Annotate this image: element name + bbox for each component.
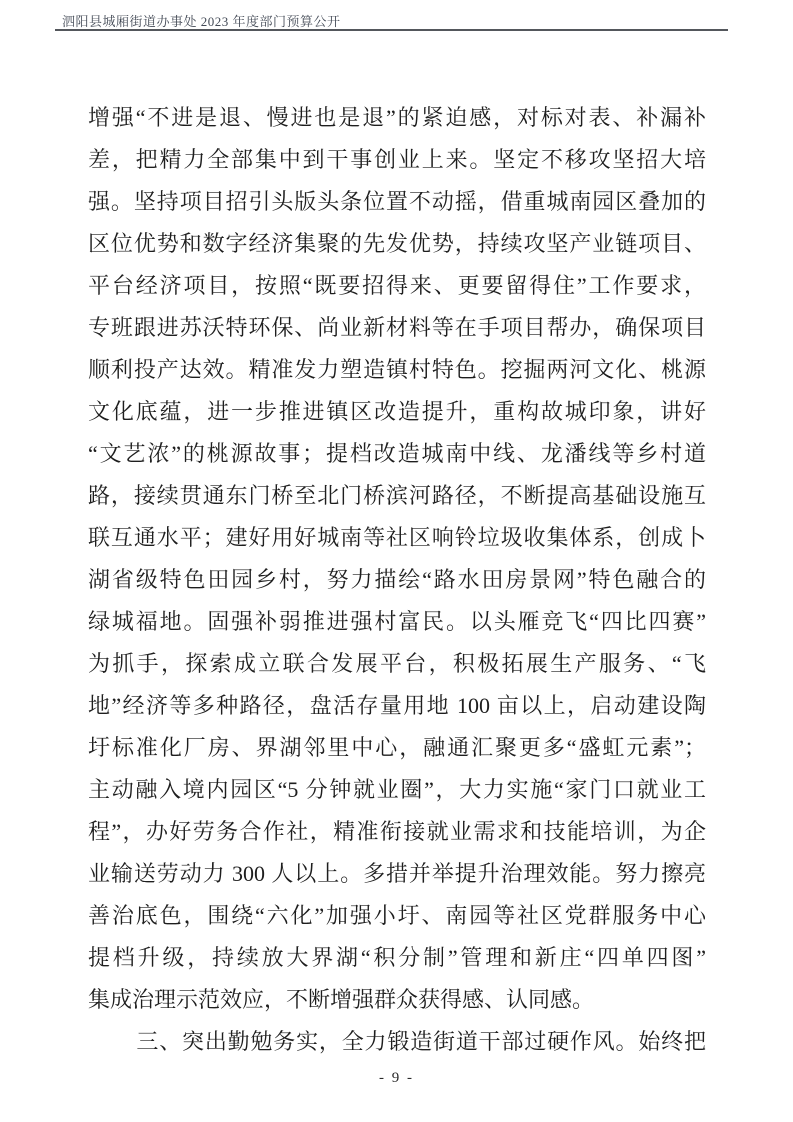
body-line: 集成治理示范效应，不断增强群众获得感、认同感。 [88, 979, 706, 1021]
body-line: 善治底色，围绕“六化”加强小圩、南园等社区党群服务中心 [88, 895, 706, 937]
document-page: 泗阳县城厢街道办事处 2023 年度部门预算公开 增强“不进是退、慢进也是退”的… [0, 0, 793, 1122]
body-line: 地”经济等多种路径，盘活存量用地 100 亩以上，启动建设陶 [88, 685, 706, 727]
body-line: 区位优势和数字经济集聚的先发优势，持续攻坚产业链项目、 [88, 223, 706, 265]
body-line: 路，接续贯通东门桥至北门桥滨河路径，不断提高基础设施互 [88, 475, 706, 517]
body-line: 平台经济项目，按照“既要招得来、更要留得住”工作要求， [88, 265, 706, 307]
body-line: 圩标准化厂房、界湖邻里中心，融通汇聚更多“盛虹元素”； [88, 727, 706, 769]
body-line: 提档升级，持续放大界湖“积分制”管理和新庄“四单四图” [88, 937, 706, 979]
body-line: 专班跟进苏沃特环保、尚业新材料等在手项目帮办，确保项目 [88, 307, 706, 349]
body-line: 差，把精力全部集中到干事创业上来。坚定不移攻坚招大培 [88, 139, 706, 181]
body-line: 为抓手，探索成立联合发展平台，积极拓展生产服务、“飞 [88, 643, 706, 685]
body-line: 联互通水平；建好用好城南等社区响铃垃圾收集体系，创成卜 [88, 517, 706, 559]
document-body: 增强“不进是退、慢进也是退”的紧迫感，对标对表、补漏补差，把精力全部集中到干事创… [88, 97, 706, 1063]
body-line: 绿城福地。固强补弱推进强村富民。以头雁竞飞“四比四赛” [88, 601, 706, 643]
body-line: “文艺浓”的桃源故事；提档改造城南中线、龙潘线等乡村道 [88, 433, 706, 475]
body-line: 湖省级特色田园乡村，努力描绘“路水田房景网”特色融合的 [88, 559, 706, 601]
header-divider-rule [55, 29, 728, 31]
body-line: 顺利投产达效。精准发力塑造镇村特色。挖掘两河文化、桃源 [88, 349, 706, 391]
body-line: 三、突出勤勉务实，全力锻造街道干部过硬作风。始终把 [88, 1021, 706, 1063]
body-line: 程”，办好劳务合作社，精准衔接就业需求和技能培训，为企 [88, 811, 706, 853]
body-line: 增强“不进是退、慢进也是退”的紧迫感，对标对表、补漏补 [88, 97, 706, 139]
page-number: - 9 - [0, 1070, 793, 1087]
body-line: 业输送劳动力 300 人以上。多措并举提升治理效能。努力擦亮 [88, 853, 706, 895]
body-line: 强。坚持项目招引头版头条位置不动摇，借重城南园区叠加的 [88, 181, 706, 223]
page-header-title: 泗阳县城厢街道办事处 2023 年度部门预算公开 [62, 11, 341, 30]
body-line: 主动融入境内园区“5 分钟就业圈”，大力实施“家门口就业工 [88, 769, 706, 811]
body-line: 文化底蕴，进一步推进镇区改造提升，重构故城印象，讲好 [88, 391, 706, 433]
